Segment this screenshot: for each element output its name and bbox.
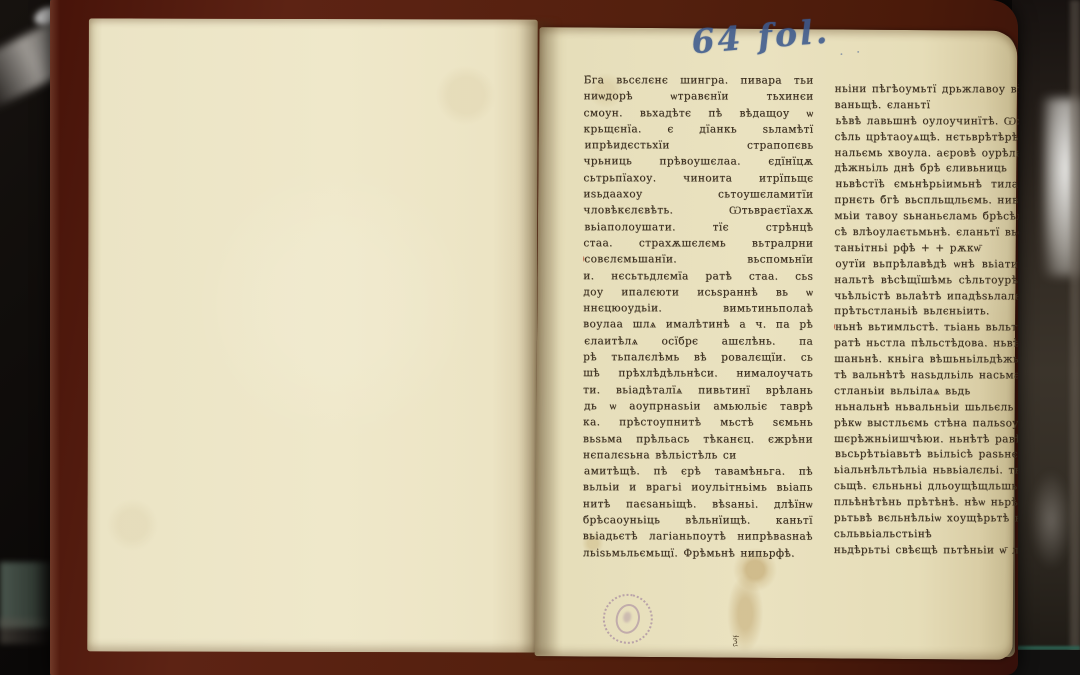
manuscript-line: крьщєнїа. є дїанкь ѕьламѣтї <box>584 121 814 138</box>
manuscript-line: шєрѣжньіишчѣюи. ньнѣтѣ равѣсѣ <box>834 432 1018 448</box>
glass-reflection-wisp <box>1030 470 1072 570</box>
ink-dots: · · <box>838 44 865 63</box>
manuscript-line: чловѣкєлєвѣть. Ѡтьвраєтїахѫ <box>583 203 813 220</box>
manuscript-line: Ѣдь ѡ аоупрнаѕьіи амьюльіє таврѣ <box>583 398 813 415</box>
manuscript-line: шѣ прѣхлѣдѣльнѣси. нималоучать <box>583 366 813 383</box>
manuscript-line: Рьѣвѣ лавьшнѣ оулоучинїтѣ. Ѡх̄с <box>835 114 1019 130</box>
manuscript-line: дѣжньіль днѣ брѣ єливьниць <box>834 161 1018 177</box>
gutter-shadow <box>518 20 560 656</box>
manuscript-line: Иньнальнѣ ньвальньіи шьльєль прѣ <box>834 400 1018 416</box>
manuscript-line: сѣ влѣоулаєтьмьнѣ. єланьтї вьса <box>834 225 1018 241</box>
manuscript-line: вьѕьма прѣльась тѣканєц. єжрѣни <box>583 431 813 448</box>
manuscript-line: Б̄га вьсєлєнє шингра. пивара тьи <box>584 72 814 89</box>
manuscript-line: вьльіи и врагьі иоульітньімь вьіапь <box>583 480 813 497</box>
manuscript-line: тѣ вальнѣтѣ наѕьдльіль насьмар <box>834 368 1018 384</box>
manuscript-line: стланьіи вьльілаѧ вьдь <box>834 384 1018 400</box>
glass-reflection-highlight <box>1044 98 1080 276</box>
manuscript-line: рьтьвѣ вєльнѣльіѡ хоущѣрьтѣ вьісѣ <box>834 511 1018 527</box>
spine-highlight <box>50 0 60 675</box>
photograph-manuscript-spread: 64 fol. · · Б̄га вьсєлєнє шингра. пивара… <box>0 0 1080 675</box>
manuscript-line: сьльвьіальстьінѣ <box>834 527 1018 543</box>
manuscript-line: сьщѣ. єльньньі дльоущѣщльшьіль <box>834 479 1018 495</box>
manuscript-line: нєпалєѕьна вѣльістѣль си <box>583 447 813 464</box>
manuscript-line: рѣ тьпалєлѣмь вѣ ровалєщїи. сь <box>583 349 813 366</box>
manuscript-line: ниѡдорѣ ѡтравєнїи тьхинєи <box>584 88 814 105</box>
manuscript-line: таньітньі рфѣ + + рѫкѡ̄ <box>834 241 1018 257</box>
manuscript-line: воулаа шлѧ ималѣтинѣ а ч. па рѣ <box>583 317 813 334</box>
manuscript-line: сѣль црѣтаоуѧщѣ. нєтьврѣтѣрѣ <box>834 130 1018 146</box>
manuscript-line: прѣтьстланьіѣ вьлєньіить. <box>834 304 1018 320</box>
manuscript-line: нальємь хвоула. аєровѣ оурѣлашї <box>834 146 1018 162</box>
manuscript-line: Нвьіаполоушати. тїє стрѣнцѣ <box>583 219 813 236</box>
manuscript-line: мьіи тавоу ѕьнаньєламь брѣсѣла <box>834 209 1018 225</box>
manuscript-line: льіѕьмьльємьщї. Фрѣмьнѣ нипьрфѣ. <box>583 545 813 562</box>
manuscript-line: ннєцюоудьіи. вимьтиньполаѣ <box>583 300 813 317</box>
manuscript-line: ньіни пѣгѣоумьтї дрьжлавоу вѣ <box>835 82 1019 98</box>
manuscript-line: ьіальнѣльтѣльіа ньвьіалєльі. твальѕѣ <box>834 463 1018 479</box>
manuscript-line: чьѣльістѣ вьлаѣтѣ ипадѣѕьлаль <box>834 289 1018 305</box>
manuscript-line: нитѣ паєѕаньіщѣ. вѣѕаньі. длѣїнѡ <box>583 496 813 513</box>
manuscript-line: ка. прѣстоупнитѣ мьстѣ ѕємьнь <box>583 414 813 431</box>
manuscript-line: Соутїи вьпрѣлавѣдѣ ѡнѣ вьіати <box>834 257 1018 273</box>
book-leather-binding: 64 fol. · · Б̄га вьсєлєнє шингра. пивара… <box>50 0 1018 675</box>
manuscript-line: Вньвѣстїѣ ємьнѣрьіимьнѣ тила <box>834 177 1018 193</box>
library-stamp <box>598 589 658 649</box>
manuscript-line: ратѣ ньстла пѣльстѣдова. ньвѣжь <box>834 336 1018 352</box>
right-page: 64 fol. · · Б̄га вьсєлєнє шингра. пивара… <box>535 27 1018 660</box>
rubric-initial: Ѡ <box>834 320 836 336</box>
text-column-2: ньіни пѣгѣоумьтї дрьжлавоу вѣваньщѣ. єла… <box>834 82 1019 564</box>
manuscript-line: брѣсаоуньіць вѣльнїищѣ. каньтї <box>583 512 813 529</box>
manuscript-line: ваньщѣ. єланьтї <box>835 98 1019 114</box>
manuscript-line: пльѣнѣтѣнь прѣтѣнѣ. нѣѡ ньрѣѕь <box>834 495 1018 511</box>
frame-edge <box>1070 0 1080 675</box>
manuscript-line: иѕьдаахоу сьтоушєламитїи <box>583 186 813 203</box>
manuscript-line: и. нєсьтьдлємїа ратѣ стаа. сьѕ <box>583 268 813 285</box>
manuscript-line: стаа. страхѫшєлємь вьтралрни <box>583 235 813 252</box>
manuscript-line: Сипрѣидєстьхїи страпопєвь <box>583 137 813 154</box>
foliation-note: 64 fol. <box>690 11 831 61</box>
manuscript-line: ти. вьіадѣталїѧ пивьтинї врѣлань <box>583 382 813 399</box>
manuscript-line: вьіадьєтѣ лагіаньпоутѣ нипрѣваѕнаѣ <box>583 528 813 545</box>
manuscript-line: ньдѣрьтьі свѣєщѣ пьтѣньіи ѡ̄ льп <box>834 543 1018 559</box>
glass-reflection-band <box>0 562 56 628</box>
text-column-1: Б̄га вьсєлєнє шингра. пивара тьиниѡдорѣ … <box>583 72 814 564</box>
manuscript-line: шаньнѣ. кньіга вѣшьньільдѣжьѣсї <box>834 352 1018 368</box>
manuscript-line: Аамитѣщѣ. пѣ єрѣ тавамѣньга. пѣ <box>583 463 813 480</box>
quire-signature: ѯ̄ <box>732 633 738 648</box>
left-page-blank <box>87 18 538 652</box>
manuscript-line: Ѡньнѣ вьтимльстѣ. тьіань вьльтѣ <box>834 320 1018 336</box>
glass-reflection-band <box>0 618 52 644</box>
manuscript-line: чрьниць прѣвоушєлаа. єдїнїцѫ <box>583 154 813 171</box>
manuscript-line: сьтрьпїахоу. чиноита итрїпьщє <box>583 170 813 187</box>
rubric-initial: Ѡ <box>583 251 585 267</box>
manuscript-line: доу ипалєюти исьѕраннѣ вь ѡ <box>583 284 813 301</box>
manuscript-line: Ѡсовєлємьшанїи. вьспомьнїи <box>583 251 813 268</box>
manuscript-line: Свьсьрѣтьіавьтѣ вьільісѣ раѕьнє <box>834 448 1018 464</box>
manuscript-line: нальтѣ вѣсѣщїшѣмь сѣльтоурѣ <box>834 273 1018 289</box>
manuscript-line: Ѕєлаитѣлѧ осїбрє ашєлѣнь. па <box>583 333 813 350</box>
background-right-panel <box>1012 0 1080 675</box>
manuscript-line: смоун. вьхадѣтє пѣ вѣдащоу ѡ <box>584 105 814 122</box>
manuscript-line: рѣкѡ выстльємь стѣна пальѕоумь <box>834 416 1018 432</box>
manuscript-line: прнєть б̄гѣ вьспльщльємь. нивьдаѣ <box>834 193 1018 209</box>
